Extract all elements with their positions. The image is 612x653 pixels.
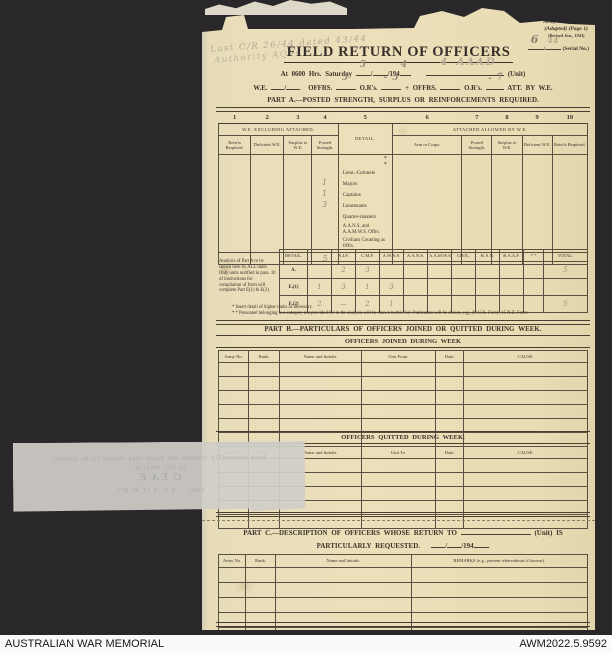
col-header: Army No. <box>219 555 246 568</box>
empty-cell <box>436 459 464 473</box>
col-header: Rein'ts Required. <box>552 136 587 155</box>
part-c-heading-2: PARTICULARLY REQUESTED. //194. <box>218 540 588 550</box>
empty-cell <box>280 377 361 391</box>
analysis-cell: 1 <box>356 279 380 296</box>
form-adapted: (Adapted) (Page 1) <box>543 26 589 33</box>
detail-rank-item: Quarter-masters <box>340 212 391 223</box>
rule <box>216 335 590 336</box>
attached-certificate-slip: have personally checked and found this r… <box>13 441 305 513</box>
analysis-cell <box>380 262 404 279</box>
analysis-header-row: DETAIL. A.I.F. C.M.F. A.W.A.S. A.A.N.S. … <box>280 250 588 262</box>
col-header: DETAIL. <box>280 250 308 262</box>
offrs-label-2: OFFRS. <box>413 85 437 92</box>
att-reinforcements-cell <box>552 155 587 253</box>
part-c-header-row: Army No. Rank. Name and Initials. REMARK… <box>219 555 588 568</box>
col-header: R.A.N. <box>476 250 500 262</box>
empty-cell <box>464 363 588 377</box>
empty-cell <box>280 405 361 419</box>
officers-joined-table: Army No. Rank. Name and Initials. Unit F… <box>218 350 588 447</box>
archive-caption-bar: AUSTRALIAN WAR MEMORIAL AWM2022.5.9592 <box>0 635 612 653</box>
accession-number: AWM2022.5.9592 <box>519 638 607 650</box>
empty-cell <box>411 568 588 583</box>
part-c-table: Army No. Rank. Name and Initials. REMARK… <box>218 554 588 643</box>
empty-cell <box>280 363 361 377</box>
col-header: CAUSE. <box>464 351 588 363</box>
empty-cell <box>464 473 588 487</box>
part-c-year: /194 <box>461 542 473 550</box>
posted-majors-handwritten: 1 <box>322 178 327 187</box>
empty-cell <box>436 377 464 391</box>
surplus-we-cell <box>284 155 312 253</box>
empty-cell <box>361 459 435 473</box>
form-number: Army Form W.3008 <box>543 19 589 26</box>
col-header: Date. <box>436 351 464 363</box>
table-row <box>219 583 588 598</box>
analysis-cell <box>452 262 476 279</box>
analysis-cell <box>428 279 452 296</box>
empty-cell <box>436 391 464 405</box>
analysis-cell: 3 <box>356 262 380 279</box>
group-detail: DETAIL. <box>338 124 392 155</box>
col-header: Surplus to W.E. <box>284 136 312 155</box>
empty-cell <box>464 487 588 501</box>
col-header: Surplus to W.E. <box>492 136 522 155</box>
col-header: Posted Strength. <box>312 136 338 155</box>
part-a-table: 12345678910 W.E. EXCLUDING ATTACHED. DET… <box>218 112 588 265</box>
col-header: Name and Initials. <box>280 351 361 363</box>
analysis-cell: 2 <box>332 262 356 279</box>
reinforcements-required-cell <box>219 155 251 253</box>
empty-cell <box>464 377 588 391</box>
slip-line-3: Capt. O.C. 4 LT AA BTY. <box>23 485 295 496</box>
arm-or-corps-cell <box>392 155 461 253</box>
sub-header-row: Rein'ts Required. Deficient W.E. Surplus… <box>219 136 588 155</box>
analysis-cell <box>524 262 544 279</box>
dot: . <box>410 71 412 78</box>
part-c-unit-label: (Unit) IS <box>534 529 562 537</box>
empty-cell <box>219 568 246 583</box>
we-label: W.E. <box>253 85 267 92</box>
analysis-cell: 1 <box>308 279 332 296</box>
analysis-cell: 5 <box>544 262 588 279</box>
col-header: CIVIL. <box>452 250 476 262</box>
empty-cell <box>249 405 280 419</box>
col-header: REMARKS (e.g., present whereabouts if kn… <box>411 555 588 568</box>
att-surplus-cell <box>492 155 522 253</box>
group-header-row: W.E. EXCLUDING ATTACHED. DETAIL. ATTACHE… <box>219 124 588 136</box>
analysis-cell <box>404 262 428 279</box>
empty-cell <box>361 363 435 377</box>
col-header: Arm or Corps. <box>392 136 461 155</box>
detail-rank-item: Captains <box>340 190 391 201</box>
analysis-cell <box>452 279 476 296</box>
ors-label-1: O.R's. <box>360 85 378 92</box>
group-we-excluding: W.E. EXCLUDING ATTACHED. <box>219 124 339 136</box>
year-digit-handwritten: 4 <box>401 60 407 70</box>
form-paper: Army Form W.3008 (Adapted) (Page 1) (Rev… <box>202 8 595 630</box>
col-header <box>308 250 332 262</box>
table-row <box>219 377 588 391</box>
empty-cell <box>219 583 246 598</box>
rule <box>216 107 590 112</box>
empty-cell <box>219 363 249 377</box>
empty-cell <box>249 377 280 391</box>
col-header: Unit From. <box>361 351 435 363</box>
form-title: FIELD RETURN OF OFFICERS <box>202 44 595 63</box>
detail-rank-item: A.A.N.S. and A.A.M.W.S. Offrs. <box>340 223 391 237</box>
empty-cell <box>464 391 588 405</box>
offrs1-handwritten: 5 <box>342 73 348 83</box>
empty-cell <box>219 391 249 405</box>
officers-quitted-title: OFFICERS QUITTED DURING WEEK. <box>218 434 588 441</box>
analysis-cell <box>544 279 588 296</box>
analysis-row-label: A. <box>280 262 308 279</box>
table-row <box>219 391 588 405</box>
table-row <box>219 568 588 583</box>
perforation-line <box>202 520 595 521</box>
analysis-cell <box>404 279 428 296</box>
detail-rank-item: Lieutenants <box>340 201 391 212</box>
part-c-line1: PART C.—DESCRIPTION OF OFFICERS WHOSE RE… <box>243 529 457 537</box>
col-header: Rein'ts Required. <box>219 136 251 155</box>
empty-cell <box>464 459 588 473</box>
posted-strength-cell: 1 1 3 <box>312 155 338 253</box>
column-number-row: 12345678910 <box>219 112 588 124</box>
empty-cell <box>464 405 588 419</box>
empty-cell <box>246 598 276 613</box>
analysis-cell <box>500 262 524 279</box>
empty-cell <box>219 598 246 613</box>
empty-cell <box>246 568 276 583</box>
col-header: Date. <box>436 447 464 459</box>
col-header: Posted Strength. <box>462 136 492 155</box>
analysis-cell <box>428 262 452 279</box>
ors2-handwritten: - 7 <box>487 72 503 84</box>
col-header: R.A.A.F. <box>500 250 524 262</box>
analysis-cell <box>476 279 500 296</box>
col-header: A.W.A.S. <box>380 250 404 262</box>
analysis-cell: 3 <box>380 279 404 296</box>
col-header: A.I.F. <box>332 250 356 262</box>
scan-background: Army Form W.3008 (Adapted) (Page 1) (Rev… <box>0 0 612 653</box>
empty-cell <box>249 391 280 405</box>
empty-cell <box>361 405 435 419</box>
col-header: Name and Initials. <box>276 555 411 568</box>
empty-cell <box>361 487 435 501</box>
detail-rank-list: **Lieut.-ColonelsMajorsCaptainsLieutenan… <box>338 155 392 253</box>
analysis-cell <box>524 279 544 296</box>
we-line: W.E. /. OFFRS. 5 O.R's. - 5 + OFFRS. O.R… <box>218 82 588 92</box>
rule <box>216 320 590 325</box>
footnote-2: * * Personnel belonging to a category no… <box>232 311 582 317</box>
part-a-heading: PART A.—POSTED STRENGTH, SURPLUS OR REIN… <box>218 96 588 104</box>
att-label: ATT. BY W.E. <box>507 85 552 92</box>
unit-handwritten: 4 AAAD <box>440 57 496 68</box>
col-header: Rank. <box>249 351 280 363</box>
empty-cell <box>276 583 411 598</box>
ors-label-2: O.R's. <box>464 85 482 92</box>
analysis-cell <box>500 279 524 296</box>
empty-cell <box>219 405 249 419</box>
rule <box>216 347 590 348</box>
detail-rank-item: Majors <box>340 179 391 190</box>
deficient-we-cell <box>251 155 284 253</box>
col-header: A.A.M.W.S. <box>428 250 452 262</box>
rule <box>216 622 590 627</box>
analysis-row: E.(1)1313 <box>280 279 588 296</box>
empty-cell <box>219 377 249 391</box>
table-row <box>219 598 588 613</box>
part-b-heading: PART B.—PARTICULARS OF OFFICERS JOINED O… <box>218 325 588 333</box>
empty-cell <box>361 377 435 391</box>
analysis-row: A.235 <box>280 262 588 279</box>
empty-cell <box>436 487 464 501</box>
att-deficient-cell <box>522 155 552 253</box>
unit-label: (Unit) <box>508 71 525 78</box>
part-c-heading: PART C.—DESCRIPTION OF OFFICERS WHOSE RE… <box>218 527 588 537</box>
col-header: Deficient W.E. <box>251 136 284 155</box>
analysis-row-label: E.(1) <box>280 279 308 296</box>
slip-mirrored-text: have personally checked and found this r… <box>13 441 305 496</box>
empty-cell <box>280 391 361 405</box>
empty-cell <box>361 391 435 405</box>
empty-cell <box>411 583 588 598</box>
table-row <box>219 363 588 377</box>
empty-cell <box>436 473 464 487</box>
analysis-cell <box>308 262 332 279</box>
col-header: Rank. <box>246 555 276 568</box>
empty-cell <box>411 598 588 613</box>
ors1-handwritten: - 5 <box>383 73 398 83</box>
empty-cell <box>246 583 276 598</box>
empty-cell <box>276 568 411 583</box>
posted-captains-handwritten: 1 <box>322 189 327 198</box>
col-header: A.A.N.S. <box>404 250 428 262</box>
part-c-line2: PARTICULARLY REQUESTED. <box>317 542 420 550</box>
torn-paper-fragment <box>205 0 347 15</box>
empty-cell <box>436 405 464 419</box>
empty-cell <box>436 363 464 377</box>
group-attached-allowed: ATTACHED ALLOWED BY W.E. <box>392 124 587 136</box>
col-header: Deficient W.E. <box>522 136 552 155</box>
analysis-cell: 3 <box>332 279 356 296</box>
dot: . <box>299 85 301 92</box>
analysis-side-note: Analysis of Part A to be shown here by A… <box>218 249 279 313</box>
col-header: Army No. <box>219 351 249 363</box>
rule <box>216 512 590 517</box>
table-row <box>219 405 588 419</box>
posted-lieutenants-handwritten: 3 <box>322 200 327 209</box>
officers-joined-title: OFFICERS JOINED DURING WEEK <box>218 338 588 345</box>
col-header: C.M.F. <box>356 250 380 262</box>
date-line: At 0600 Hrs. Saturday 5//1944. 4 AAAD (U… <box>218 68 588 78</box>
col-header: CAUSE. <box>464 447 588 459</box>
analysis-block: Analysis of Part A to be shown here by A… <box>218 249 588 313</box>
institution-label: AUSTRALIAN WAR MEMORIAL <box>5 638 164 650</box>
col-header: TOTAL. <box>544 250 588 262</box>
analysis-table: DETAIL. A.I.F. C.M.F. A.W.A.S. A.A.N.S. … <box>279 249 588 313</box>
col-header: Unit To. <box>361 447 435 459</box>
att-posted-strength-cell <box>462 155 492 253</box>
day-handwritten: 5 <box>360 60 366 70</box>
rule <box>216 431 590 432</box>
col-header: * * <box>524 250 544 262</box>
empty-cell <box>361 473 435 487</box>
analysis-cell <box>476 262 500 279</box>
plus: + <box>405 85 409 92</box>
offrs-label-1: OFFRS. <box>308 85 332 92</box>
detail-rank-item: Lieut.-Colonels <box>340 168 391 179</box>
part-a-body-row: 1 1 3 **Lieut.-ColonelsMajorsCaptainsLie… <box>219 155 588 253</box>
empty-cell <box>249 363 280 377</box>
joined-header-row: Army No. Rank. Name and Initials. Unit F… <box>219 351 588 363</box>
empty-cell <box>276 598 411 613</box>
